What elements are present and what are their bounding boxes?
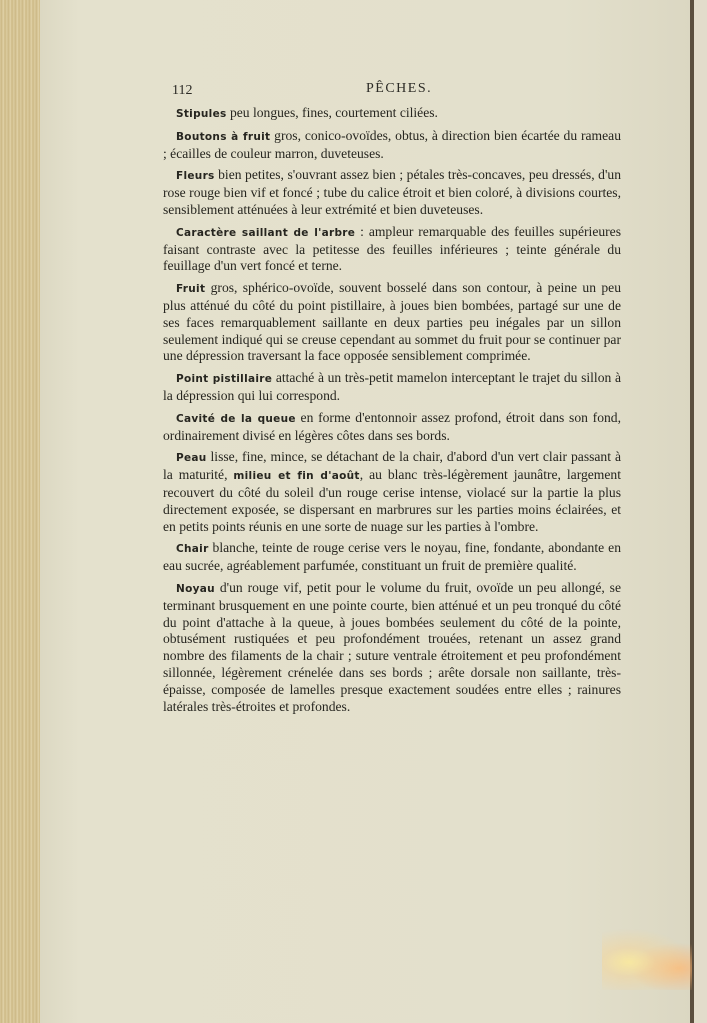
term-label: Point pistillaire [176,373,272,385]
light-glare [602,928,692,990]
page-header: 112 PÊCHES. [172,83,620,101]
paragraph-fruit: Fruit gros, sphérico-ovoïde, souvent bos… [163,280,621,365]
term-label: Boutons à fruit [176,131,270,143]
paragraph-cavite: Cavité de la queue en forme d'entonnoir … [163,410,621,445]
paragraph-text: bien petites, s'ouvrant assez bien ; pét… [163,167,621,217]
paragraph-caractere: Caractère saillant de l'arbre : ampleur … [163,224,621,275]
paragraph-boutons: Boutons à fruit gros, conico-ovoïdes, ob… [163,128,621,163]
paragraph-chair: Chair blanche, teinte de rouge cerise ve… [163,540,621,575]
term-label: Stipules [176,108,227,120]
page-number: 112 [172,83,192,99]
paragraph-fleurs: Fleurs bien petites, s'ouvrant assez bie… [163,167,621,218]
paragraph-peau: Peau lisse, fine, mince, se détachant de… [163,449,621,535]
inline-term: milieu et fin d'août [233,470,359,482]
term-label: Fruit [176,283,205,295]
paragraph-point-pistillaire: Point pistillaire attaché à un très-peti… [163,370,621,405]
term-label: Caractère saillant de l'arbre [176,227,355,239]
adjacent-page-edge [694,0,707,1023]
paragraph-noyau: Noyau d'un rouge vif, petit pour le volu… [163,580,621,715]
term-label: Noyau [176,583,215,595]
term-label: Cavité de la queue [176,413,296,425]
running-title: PÊCHES. [366,81,432,97]
term-label: Peau [176,452,207,464]
paragraph-stipules: Stipules peu longues, fines, courtement … [163,105,621,123]
page-body: Stipules peu longues, fines, courtement … [163,105,621,720]
paragraph-text: gros, sphérico-ovoïde, souvent bosselé d… [163,280,621,363]
paragraph-text: d'un rouge vif, petit pour le volume du … [163,580,621,714]
term-label: Fleurs [176,170,215,182]
term-label: Chair [176,543,209,555]
paragraph-text: blanche, teinte de rouge cerise vers le … [163,540,621,573]
paragraph-text: peu longues, fines, courtement ciliées. [227,105,438,120]
